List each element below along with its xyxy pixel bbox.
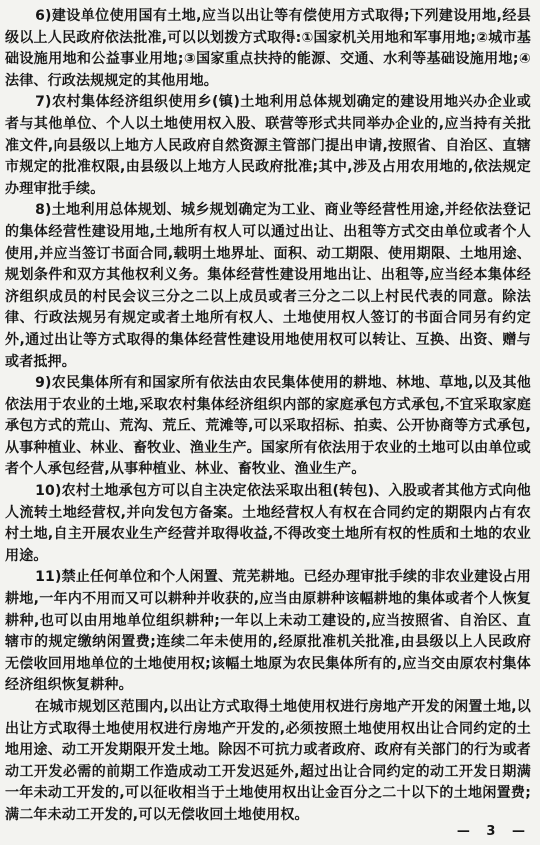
- paragraph-item-6: 6)建设单位使用国有土地,应当以出让等有偿使用方式取得;下列建设用地,经县级以上…: [5, 6, 531, 92]
- paragraph-item-7: 7)农村集体经济组织使用乡(镇)土地利用总体规划确定的建设用地兴办企业或者与其他…: [5, 92, 531, 200]
- document-page: 6)建设单位使用国有土地,应当以出让等有偿使用方式取得;下列建设用地,经县级以上…: [0, 0, 540, 845]
- document-body: 6)建设单位使用国有土地,应当以出让等有偿使用方式取得;下列建设用地,经县级以上…: [5, 6, 531, 827]
- page-number: — 3 —: [457, 824, 526, 839]
- paragraph-item-8: 8)土地利用总体规划、城乡规划确定为工业、商业等经营性用途,并经依法登记的集体经…: [5, 200, 531, 373]
- paragraph-item-11: 11)禁止任何单位和个人闲置、荒芜耕地。已经办理审批手续的非农业建设占用耕地,一…: [5, 567, 531, 697]
- paragraph-item-10: 10)农村土地承包方可以自主决定依法采取出租(转包)、入股或者其他方式向他人流转…: [5, 481, 531, 567]
- paragraph-urban-idle-land: 在城市规划区范围内,以出让方式取得土地使用权进行房地产开发的闲置土地,以出让方式…: [5, 697, 531, 827]
- paragraph-item-9: 9)农民集体所有和国家所有依法由农民集体使用的耕地、林地、草地,以及其他依法用于…: [5, 373, 531, 481]
